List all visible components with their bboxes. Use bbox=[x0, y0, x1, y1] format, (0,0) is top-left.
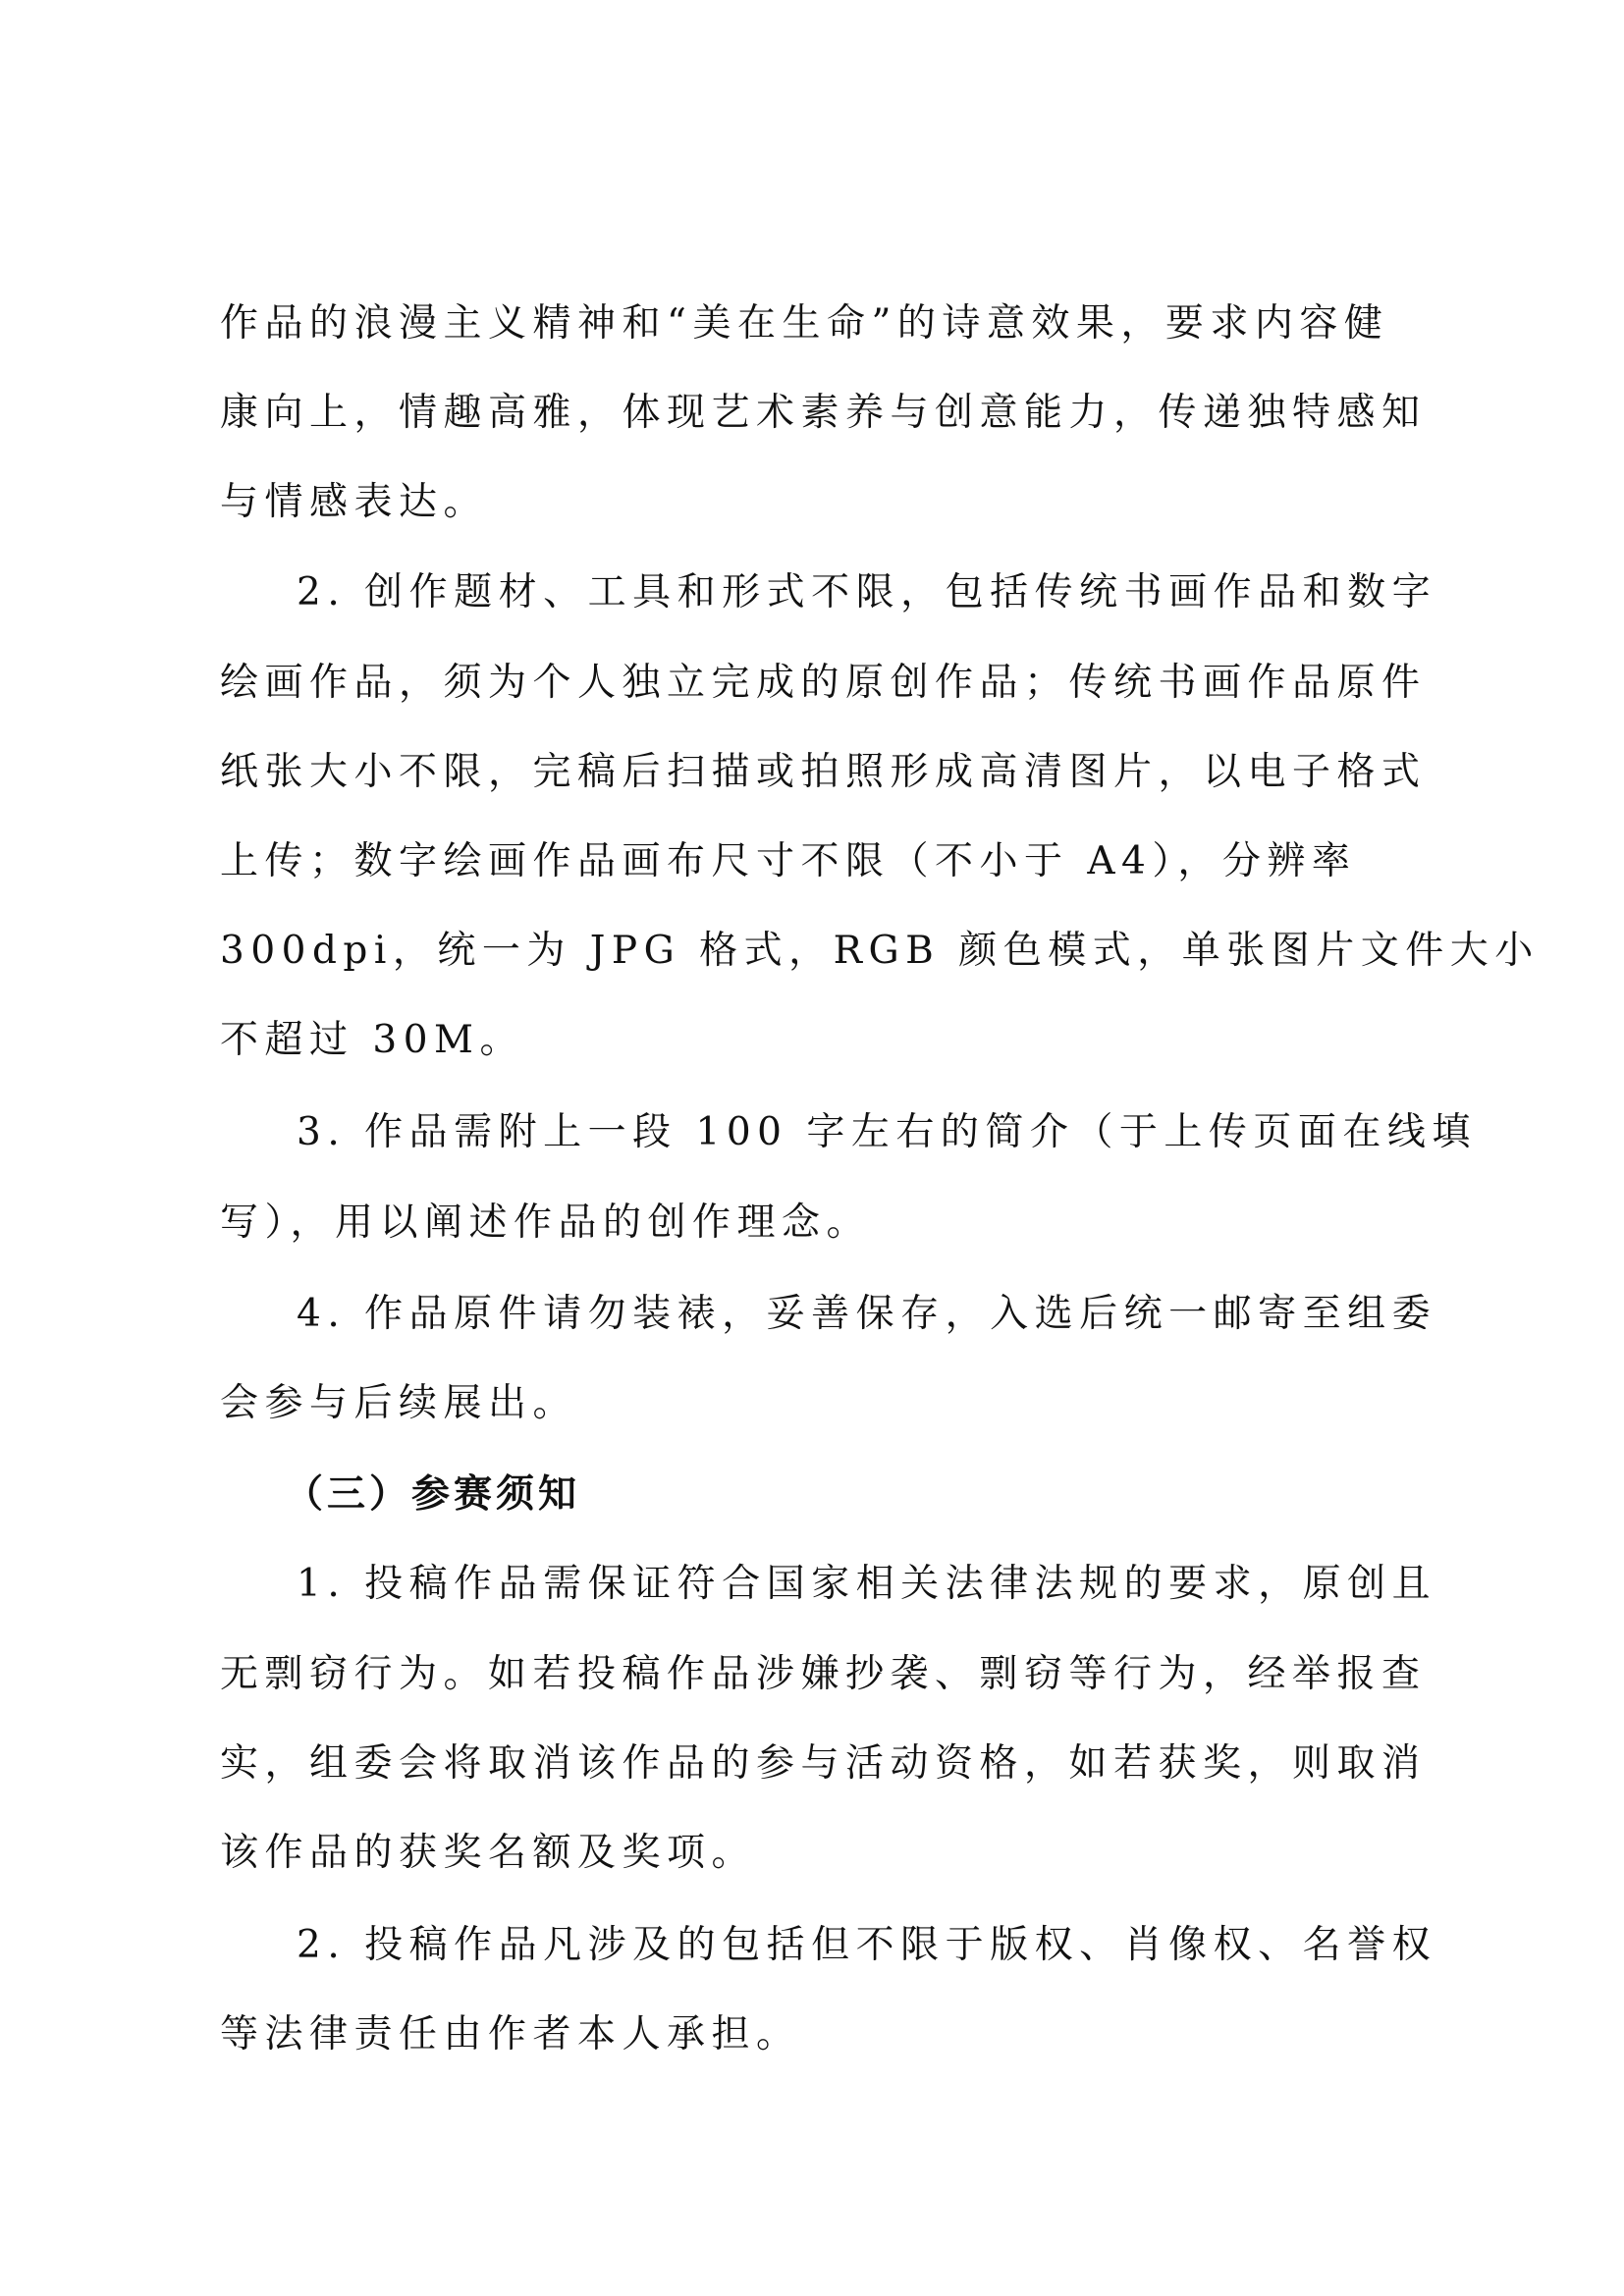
paragraph-line: 纸张大小不限，完稿后扫描或拍照形成高清图片，以电子格式 bbox=[220, 743, 1408, 802]
paragraph-line: 康向上，情趣高雅，体现艺术素养与创意能力，传递独特感知 bbox=[220, 384, 1408, 443]
paragraph-line: 实，组委会将取消该作品的参与活动资格，如若获奖，则取消 bbox=[220, 1735, 1408, 1793]
paragraph-line: 作品的浪漫主义精神和“美在生命”的诗意效果，要求内容健 bbox=[220, 294, 1408, 353]
paragraph-line: 300dpi，统一为 JPG 格式，RGB 颜色模式，单张图片文件大小 bbox=[220, 922, 1408, 981]
paragraph-line: 不超过 30M。 bbox=[220, 1011, 1408, 1070]
paragraph-line: 会参与后续展出。 bbox=[220, 1374, 1408, 1433]
paragraph-line: 2. 投稿作品凡涉及的包括但不限于版权、肖像权、名誉权 bbox=[297, 1916, 1485, 1975]
paragraph-line: 1. 投稿作品需保证符合国家相关法律法规的要求，原创且 bbox=[297, 1555, 1485, 1614]
paragraph-line: 与情感表达。 bbox=[220, 473, 1408, 532]
document-page: 作品的浪漫主义精神和“美在生命”的诗意效果，要求内容健 康向上，情趣高雅，体现艺… bbox=[0, 0, 1624, 2296]
paragraph-line: 该作品的获奖名额及奖项。 bbox=[220, 1824, 1408, 1883]
paragraph-line: 3. 作品需附上一段 100 字左右的简介（于上传页面在线填 bbox=[297, 1103, 1485, 1162]
section-heading: （三）参赛须知 bbox=[285, 1465, 1473, 1523]
paragraph-line: 4. 作品原件请勿装裱，妥善保存，入选后统一邮寄至组委 bbox=[297, 1285, 1485, 1344]
paragraph-line: 2. 创作题材、工具和形式不限，包括传统书画作品和数字 bbox=[297, 563, 1485, 622]
paragraph-line: 上传；数字绘画作品画布尺寸不限（不小于 A4），分辨率 bbox=[220, 832, 1408, 891]
paragraph-line: 写），用以阐述作品的创作理念。 bbox=[220, 1194, 1408, 1253]
paragraph-line: 等法律责任由作者本人承担。 bbox=[220, 2005, 1408, 2064]
paragraph-line: 绘画作品，须为个人独立完成的原创作品；传统书画作品原件 bbox=[220, 654, 1408, 713]
paragraph-line: 无剽窃行为。如若投稿作品涉嫌抄袭、剽窃等行为，经举报查 bbox=[220, 1645, 1408, 1704]
